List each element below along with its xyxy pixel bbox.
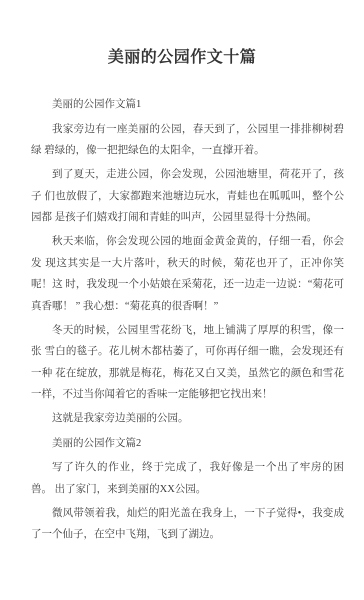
- essay-1-paragraph-5: 这就是我家旁边美丽的公园。: [31, 408, 344, 430]
- document-body: 美丽的公园作文篇1 我家旁边有一座美丽的公园，春天到了，公园里一排排柳树碧绿 碧…: [0, 94, 364, 546]
- essay-2-heading: 美丽的公园作文篇2: [31, 433, 344, 455]
- essay-2-paragraph-1: 写了许久的作业，终于完成了，我好像是一个出了牢房的困兽。 出了家门，来到美丽的X…: [31, 457, 344, 500]
- page-title: 美丽的公园作文十篇: [0, 0, 364, 91]
- document-page: 美丽的公园作文十篇 美丽的公园作文篇1 我家旁边有一座美丽的公园，春天到了，公园…: [0, 0, 364, 600]
- essay-1-heading: 美丽的公园作文篇1: [31, 94, 344, 116]
- essay-1-paragraph-4: 冬天的时候，公园里雪花纷飞，地上铺满了厚厚的积雪，像一张 雪白的毯子。花儿树木都…: [31, 320, 344, 406]
- essay-2-paragraph-2: 微风带领着我，灿烂的阳光盖在我身上，一下子觉得•，我变成了一个仙子，在空中飞翔，…: [31, 503, 344, 546]
- essay-1-paragraph-3: 秋天来临，你会发现公园的地面金黄金黄的，仔细一看，你会发 现这其实是一大片落叶，…: [31, 231, 344, 317]
- essay-1-paragraph-1: 我家旁边有一座美丽的公园，春天到了，公园里一排排柳树碧绿 碧绿的，像一把把绿色的…: [31, 119, 344, 162]
- essay-1-paragraph-2: 到了夏天，走进公园，你会发现，公园池塘里，荷花开了，孩子 们也放假了，大家都跑来…: [31, 164, 344, 229]
